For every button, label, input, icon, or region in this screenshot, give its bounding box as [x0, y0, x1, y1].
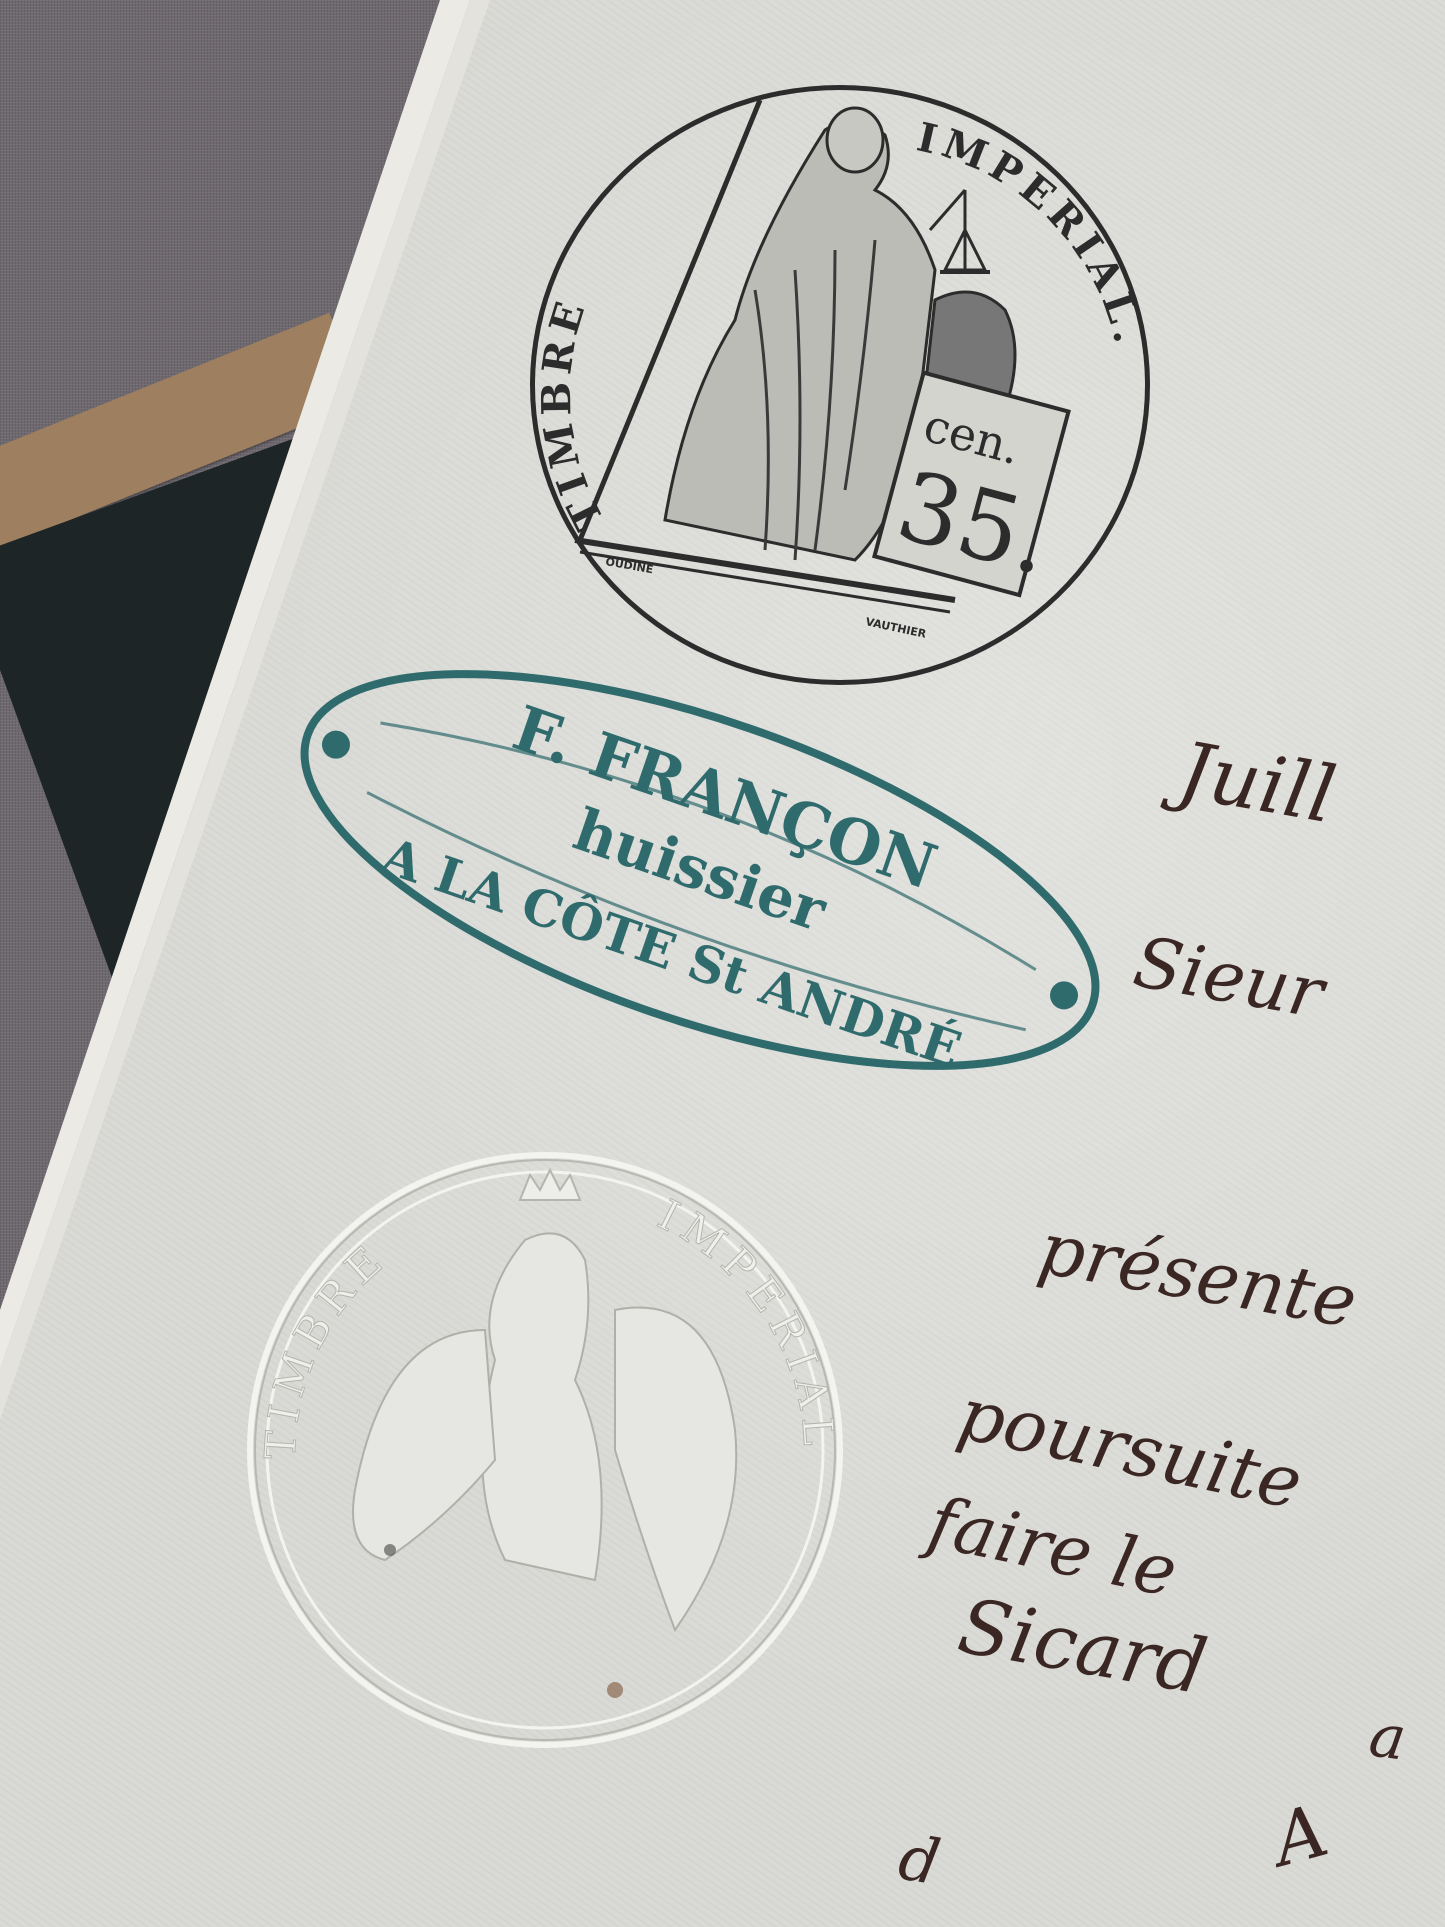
stamp-engraver-left: OUDINE [604, 555, 654, 576]
stamp-arc-left: TIMBRE [535, 291, 613, 537]
tax-stamp: TIMBRE IMPERIAL. cen. 35. OUDINE VAUTHIE… [530, 85, 1150, 685]
stamp-engraver-right: VAUTHIER [864, 615, 928, 641]
bailiff-stamp: F. FRANÇON huissier A LA CÔTE St ANDRÉ [270, 655, 1130, 1085]
justice-figure-with-scales-and-eagle-icon: TIMBRE IMPERIAL. cen. 35. OUDINE VAUTHIE… [535, 90, 1145, 680]
ornament-right-icon [1046, 978, 1082, 1014]
embossed-stamp: TIMBRE IMPERIAL [225, 1130, 865, 1760]
ornament-left-icon [318, 727, 354, 763]
svg-text:TIMBRE: TIMBRE [535, 291, 613, 537]
